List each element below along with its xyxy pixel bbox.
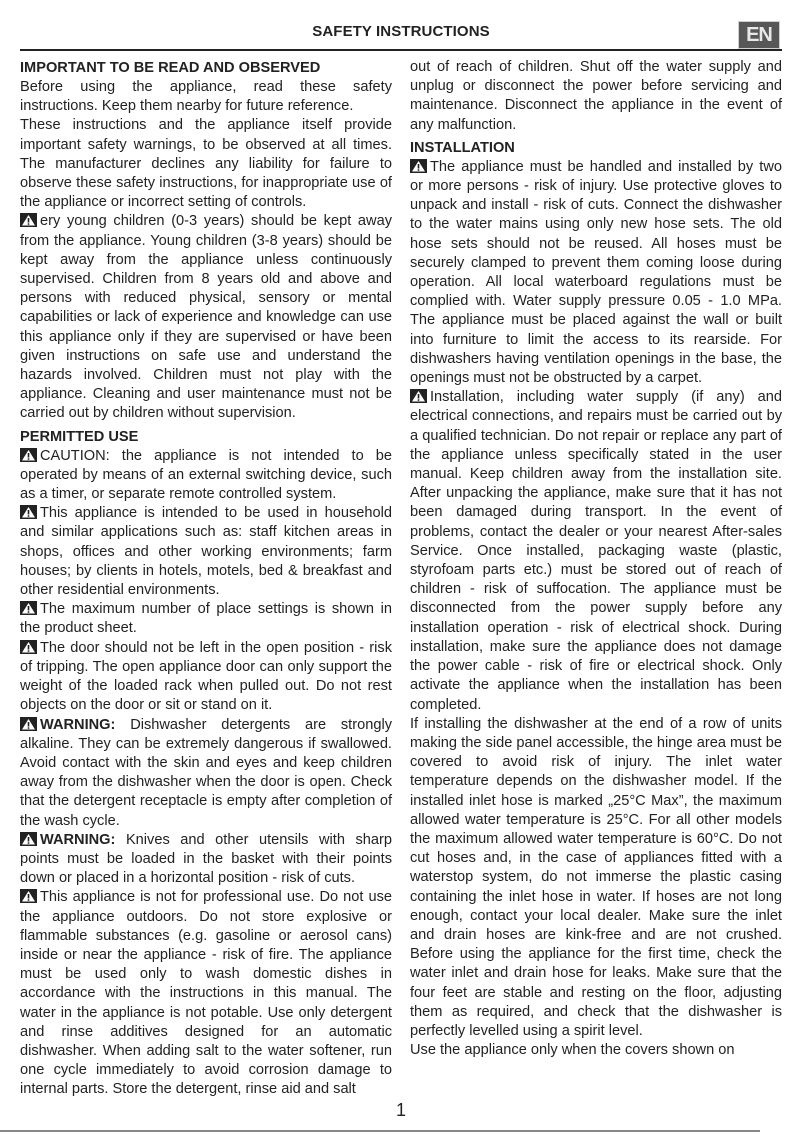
section-heading-installation: INSTALLATION (410, 138, 782, 158)
paragraph: The door should not be left in the open … (20, 639, 392, 716)
language-badge: EN (738, 21, 780, 49)
paragraph: If installing the dishwasher at the end … (410, 715, 782, 1041)
page-title: SAFETY INSTRUCTIONS (0, 23, 802, 40)
section-heading-permitted-use: PERMITTED USE (20, 427, 392, 447)
paragraph: WARNING: Knives and other utensils with … (20, 831, 392, 889)
page-number: 1 (396, 1100, 406, 1121)
paragraph: Use the appliance only when the covers s… (410, 1041, 782, 1060)
header-divider (20, 49, 782, 51)
paragraph: This appliance is not for professional u… (20, 888, 392, 1099)
paragraph: Installation, including water supply (if… (410, 388, 782, 714)
paragraph: The appliance must be handled and instal… (410, 158, 782, 388)
paragraph: The maximum number of place settings is … (20, 600, 392, 638)
warning-label: WARNING: (40, 832, 115, 848)
paragraph: This appliance is intended to be used in… (20, 504, 392, 600)
paragraph: These instructions and the appliance its… (20, 116, 392, 212)
footer-divider (0, 1130, 760, 1132)
warning-triangle-icon (20, 640, 37, 654)
paragraph: WARNING: Dishwasher detergents are stron… (20, 716, 392, 831)
warning-triangle-icon (410, 389, 427, 403)
warning-triangle-icon (20, 717, 37, 731)
paragraph: CAUTION: the appliance is not intended t… (20, 447, 392, 505)
warning-triangle-icon (410, 159, 427, 173)
warning-label: WARNING: (40, 717, 115, 733)
section-heading-important: IMPORTANT TO BE READ AND OBSERVED (20, 58, 392, 78)
warning-triangle-icon (20, 448, 37, 462)
warning-triangle-icon (20, 505, 37, 519)
paragraph: ery young children (0-3 years) should be… (20, 212, 392, 423)
paragraph: out of reach of children. Shut off the w… (410, 58, 782, 135)
paragraph: Before using the appliance, read these s… (20, 78, 392, 116)
right-column: out of reach of children. Shut off the w… (410, 58, 782, 1060)
warning-triangle-icon (20, 889, 37, 903)
warning-triangle-icon (20, 832, 37, 846)
left-column: IMPORTANT TO BE READ AND OBSERVED Before… (20, 58, 392, 1100)
warning-triangle-icon (20, 213, 37, 227)
warning-triangle-icon (20, 601, 37, 615)
